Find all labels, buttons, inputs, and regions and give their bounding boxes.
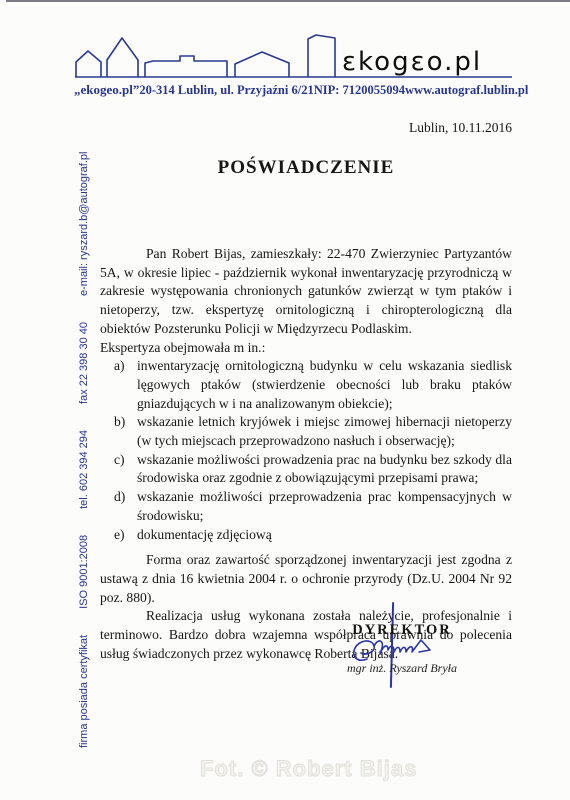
list-item: b) wskazanie letnich kryjówek i miejsc z… <box>114 413 512 450</box>
certificate-note: firma posiada certyfikat <box>78 635 90 748</box>
list-marker: b) <box>114 413 125 432</box>
email-address: e-mail: ryszard.b@autograf.pl <box>78 152 90 296</box>
list-item: e) dokumentację zdjęciową <box>114 526 512 545</box>
photo-copyright-watermark: Fot. © Robert Bijas <box>200 756 417 782</box>
scan-edge-artifact <box>6 0 570 2</box>
place-and-date: Lublin, 10.11.2016 <box>409 120 512 136</box>
list-marker: c) <box>114 451 125 470</box>
scanned-certificate-page: εkogεo.pl „ekogeo.pl” 20-314 Lublin, ul.… <box>0 0 570 800</box>
document-body: Pan Robert Bijas, zamieszkały: 22-470 Zw… <box>100 245 512 663</box>
company-website: www.autograf.lublin.pl <box>405 83 528 98</box>
list-marker: a) <box>114 357 125 376</box>
iso-certificate: ISO 9001:2008 <box>78 535 90 609</box>
list-intro-line: Ekspertyza obejmowała m in.: <box>100 339 512 358</box>
logo-wordmark: εkogεo.pl <box>342 47 518 77</box>
company-address: 20-314 Lublin, ul. Przyjaźni 6/21 <box>139 83 313 98</box>
company-info-line: „ekogeo.pl” 20-314 Lublin, ul. Przyjaźni… <box>74 82 516 98</box>
signer-name: mgr inż. Ryszard Bryła <box>340 661 464 676</box>
company-nip: NIP: 7120055094 <box>314 83 405 98</box>
list-item-text: wskazanie możliwości prowadzenia prac na… <box>137 452 512 486</box>
paragraph-introduction: Pan Robert Bijas, zamieszkały: 22-470 Zw… <box>100 245 512 339</box>
company-name: „ekogeo.pl” <box>74 82 139 98</box>
paragraph-legal-basis: Forma oraz zawartość sporządzonej inwent… <box>100 551 512 607</box>
document-title: POŚWIADCZENIE <box>100 157 512 179</box>
list-item-text: inwentaryzację ornitologiczną budynku w … <box>137 358 512 410</box>
phone-number: tel. 602 394 294 <box>78 430 90 509</box>
signature-block: DYREKTOR mgr inż. Ryszard Bryła <box>340 622 464 676</box>
list-item-text: wskazanie możliwości przeprowadzenia pra… <box>137 489 512 523</box>
fax-number: fax 22 398 30 40 <box>78 322 90 404</box>
list-item: d) wskazanie możliwości przeprowadzenia … <box>114 488 512 525</box>
scope-list: a) inwentaryzację ornitologiczną budynku… <box>114 357 512 544</box>
signer-role: DYREKTOR <box>340 622 464 639</box>
list-marker: e) <box>114 526 125 545</box>
list-item-text: wskazanie letnich kryjówek i miejsc zimo… <box>137 414 512 448</box>
list-marker: d) <box>114 488 125 507</box>
list-item: c) wskazanie możliwości prowadzenia prac… <box>114 451 512 488</box>
vertical-contact-strip: firma posiada certyfikat ISO 9001:2008 t… <box>78 148 90 748</box>
list-item-text: dokumentację zdjęciową <box>137 527 272 542</box>
list-item: a) inwentaryzację ornitologiczną budynku… <box>114 357 512 413</box>
